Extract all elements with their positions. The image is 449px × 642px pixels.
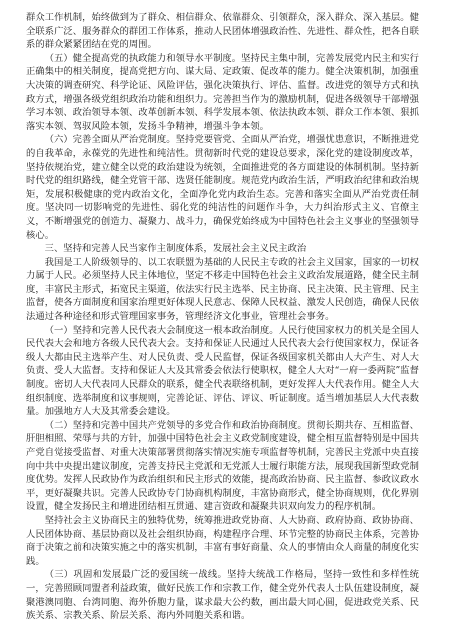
paragraph-subsection-3-united-front: （三）巩固和发展最广泛的爱国统一战线。坚持大统战工作格局，坚持一致性和多样性统一… — [26, 568, 419, 622]
paragraph-subsection-1-npc-system: （一）坚持和完善人民代表大会制度这一根本政治制度。人民行使国家权力的机关是全国人… — [26, 324, 419, 419]
paragraph-section-5-governing-capacity: （五）健全提高党的执政能力和领导水平制度。坚持民主集中制，完善发展党内民主和实行… — [26, 52, 419, 134]
paragraph-subsection-2-multiparty-cooperation: （二）坚持和完善中国共产党领导的多党合作和政治协商制度。贯彻长期共存、互相监督、… — [26, 419, 419, 514]
paragraph-people-democracy-intro: 我国是工人阶级领导的、以工农联盟为基础的人民民主专政的社会主义国家，国家的一切权… — [26, 256, 419, 324]
paragraph-mass-work-continuation: 群众工作机制，始终做到为了群众、相信群众、依靠群众、引领群众，深入群众、深入基层… — [26, 11, 419, 52]
paragraph-consultative-democracy: 坚持社会主义协商民主的独特优势，统筹推进政党协商、人大协商、政府协商、政协协商、… — [26, 514, 419, 568]
section-heading-3-people-masters: 三、坚持和完善人民当家作主制度体系，发展社会主义民主政治 — [26, 242, 419, 256]
paragraph-section-6-strict-party-governance: （六）完善全面从严治党制度。坚持党要管党、全面从严治党，增强忧患意识，不断推进党… — [26, 133, 419, 242]
document-page: 群众工作机制，始终做到为了群众、相信群众、依靠群众、引领群众，深入群众、深入基层… — [26, 11, 419, 623]
